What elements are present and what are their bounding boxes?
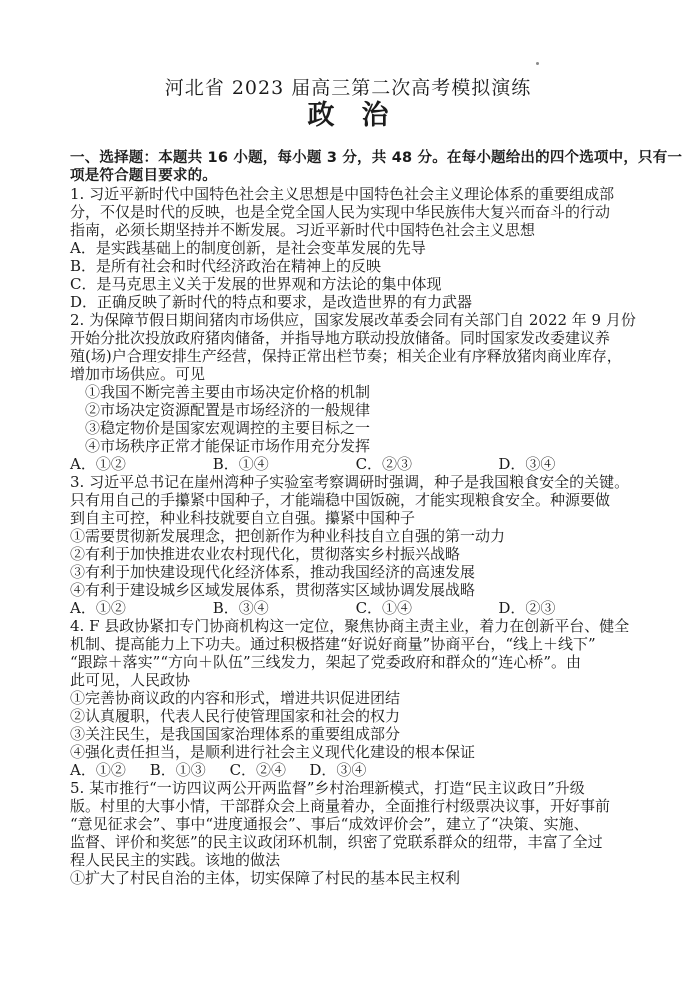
q4-stem-line: 此可见，人民政协 [70,671,636,689]
q1-option-b: B．是所有社会和时代经济政治在精神上的反映 [70,257,636,275]
q4-stem-line: 机制、提高能力上下功夫。通过积极搭建“好说好商量”协商平台，“线上＋线下” [70,635,636,653]
q4-stem-line: “跟踪＋落实”“方向＋队伍”三线发力，架起了党委政府和群众的“连心桥”。由 [70,653,636,671]
q2-option-b: B．①④ [213,455,351,473]
q2-stem-line: 开始分批次投放政府猪肉储备，并指导地方联动投放储备。同时国家发改委建议养 [70,329,636,347]
q4-item-4: ④强化责任担当，是顺利进行社会主义现代化建设的根本保证 [70,743,636,761]
exam-page: 河北省 2023 届高三第二次高考模拟演练 政 治 一、选择题：本题共 16 小… [0,0,696,983]
question-4: 4. F 县政协紧扣专门协商机构这一定位，聚焦协商主责主业，着力在创新平台、健全… [70,617,636,779]
q2-item-3: ③稳定物价是国家宏观调控的主要目标之一 [70,419,636,437]
q2-stem-line: 2. 为保障节假日期间猪肉市场供应，国家发展改革委会同有关部门自 2022 年 … [70,311,636,329]
exam-title: 河北省 2023 届高三第二次高考模拟演练 [0,77,696,99]
q1-option-c: C．是马克思主义关于发展的世界观和方法论的集中体现 [70,275,636,293]
question-3: 3. 习近平总书记在崖州湾种子实验室考察调研时强调，种子是我国粮食安全的关键。 … [70,473,636,617]
q3-item-1: ①需要贯彻新发展理念，把创新作为种业科技自立自强的第一动力 [70,527,636,545]
question-5: 5. 某市推行“一访四议两公开两监督”乡村治理新模式，打造“民主议政日”升级 版… [70,779,636,887]
q4-item-2: ②认真履职，代表人民行使管理国家和社会的权力 [70,707,636,725]
q4-option-c: C．②④ [230,761,305,779]
q5-stem-line: 5. 某市推行“一访四议两公开两监督”乡村治理新模式，打造“民主议政日”升级 [70,779,636,797]
q3-item-3: ③有利于加快建设现代化经济体系，推动我国经济的高速发展 [70,563,636,581]
exam-subject: 政 治 [0,100,696,132]
q4-option-a: A．①② [70,761,145,779]
section-header-line-1: 一、选择题：本题共 16 小题，每小题 3 分，共 48 分。在每小题给出的四个… [70,149,636,167]
section-header-line-2: 项是符合题目要求的。 [70,167,636,185]
q5-stem-line: 程人民民主的实践。该地的做法 [70,851,636,869]
q2-item-1: ①我国不断完善主要由市场决定价格的机制 [70,383,636,401]
q5-item-1: ①扩大了村民自治的主体，切实保障了村民的基本民主权利 [70,869,636,887]
scan-speck [536,62,539,65]
q1-stem-line: 指南，必须长期坚持并不断发展。习近平新时代中国特色社会主义思想 [70,221,636,239]
q2-option-d: D．③④ [498,455,555,473]
q3-item-2: ②有利于加快推进农业农村现代化，贯彻落实乡村振兴战略 [70,545,636,563]
q3-stem-line: 3. 习近平总书记在崖州湾种子实验室考察调研时强调，种子是我国粮食安全的关键。 [70,473,636,491]
q5-stem-line: 版。村里的大事小情，干部群众会上商量着办，全面推行村级票决议事，开好事前 [70,797,636,815]
q1-option-a: A．是实践基础上的制度创新，是社会变革发展的先导 [70,239,636,257]
q4-options-row: A．①② B．①③ C．②④ D．③④ [70,761,636,779]
exam-body: 一、选择题：本题共 16 小题，每小题 3 分，共 48 分。在每小题给出的四个… [70,149,636,887]
q2-stem-line: 殖(场)户合理安排生产经营，保持正常出栏节奏；相关企业有序释放猪肉商业库存， [70,347,636,365]
q3-options-row: A．①② B．③④ C．①④ D．②③ [70,599,636,617]
q4-option-b: B．①③ [150,761,225,779]
q3-option-d: D．②③ [498,599,555,617]
q2-options-row: A．①② B．①④ C．②③ D．③④ [70,455,636,473]
q5-stem-line: 监督、评价和奖惩”的民主议政闭环机制，织密了党联系群众的纽带，丰富了全过 [70,833,636,851]
q1-stem-line: 分，不仅是时代的反映，也是全党全国人民为实现中华民族伟大复兴而奋斗的行动 [70,203,636,221]
question-1: 1. 习近平新时代中国特色社会主义思想是中国特色社会主义理论体系的重要组成部 分… [70,185,636,311]
q3-item-4: ④有利于建设城乡区域发展体系，贯彻落实区域协调发展战略 [70,581,636,599]
q2-item-4: ④市场秩序正常才能保证市场作用充分发挥 [70,437,636,455]
q3-stem-line: 到自主可控，种业科技就要自立自强。攥紧中国种子 [70,509,636,527]
q3-option-a: A．①② [70,599,208,617]
q4-item-1: ①完善协商议政的内容和形式，增进共识促进团结 [70,689,636,707]
q4-stem-line: 4. F 县政协紧扣专门协商机构这一定位，聚焦协商主责主业，着力在创新平台、健全 [70,617,636,635]
q2-option-c: C．②③ [356,455,494,473]
q1-option-d: D．正确反映了新时代的特点和要求，是改造世界的有力武器 [70,293,636,311]
q1-stem-line: 1. 习近平新时代中国特色社会主义思想是中国特色社会主义理论体系的重要组成部 [70,185,636,203]
q4-option-d: D．③④ [309,761,366,779]
q3-option-b: B．③④ [213,599,351,617]
q2-item-2: ②市场决定资源配置是市场经济的一般规律 [70,401,636,419]
question-2: 2. 为保障节假日期间猪肉市场供应，国家发展改革委会同有关部门自 2022 年 … [70,311,636,473]
q2-stem-line: 增加市场供应。可见 [70,365,636,383]
q4-item-3: ③关注民生，是我国国家治理体系的重要组成部分 [70,725,636,743]
q3-option-c: C．①④ [356,599,494,617]
q5-stem-line: “意见征求会”、事中“进度通报会”、事后“成效评价会”，建立了“决策、实施、 [70,815,636,833]
q3-stem-line: 只有用自己的手攥紧中国种子，才能端稳中国饭碗，才能实现粮食安全。种源要做 [70,491,636,509]
q2-option-a: A．①② [70,455,208,473]
